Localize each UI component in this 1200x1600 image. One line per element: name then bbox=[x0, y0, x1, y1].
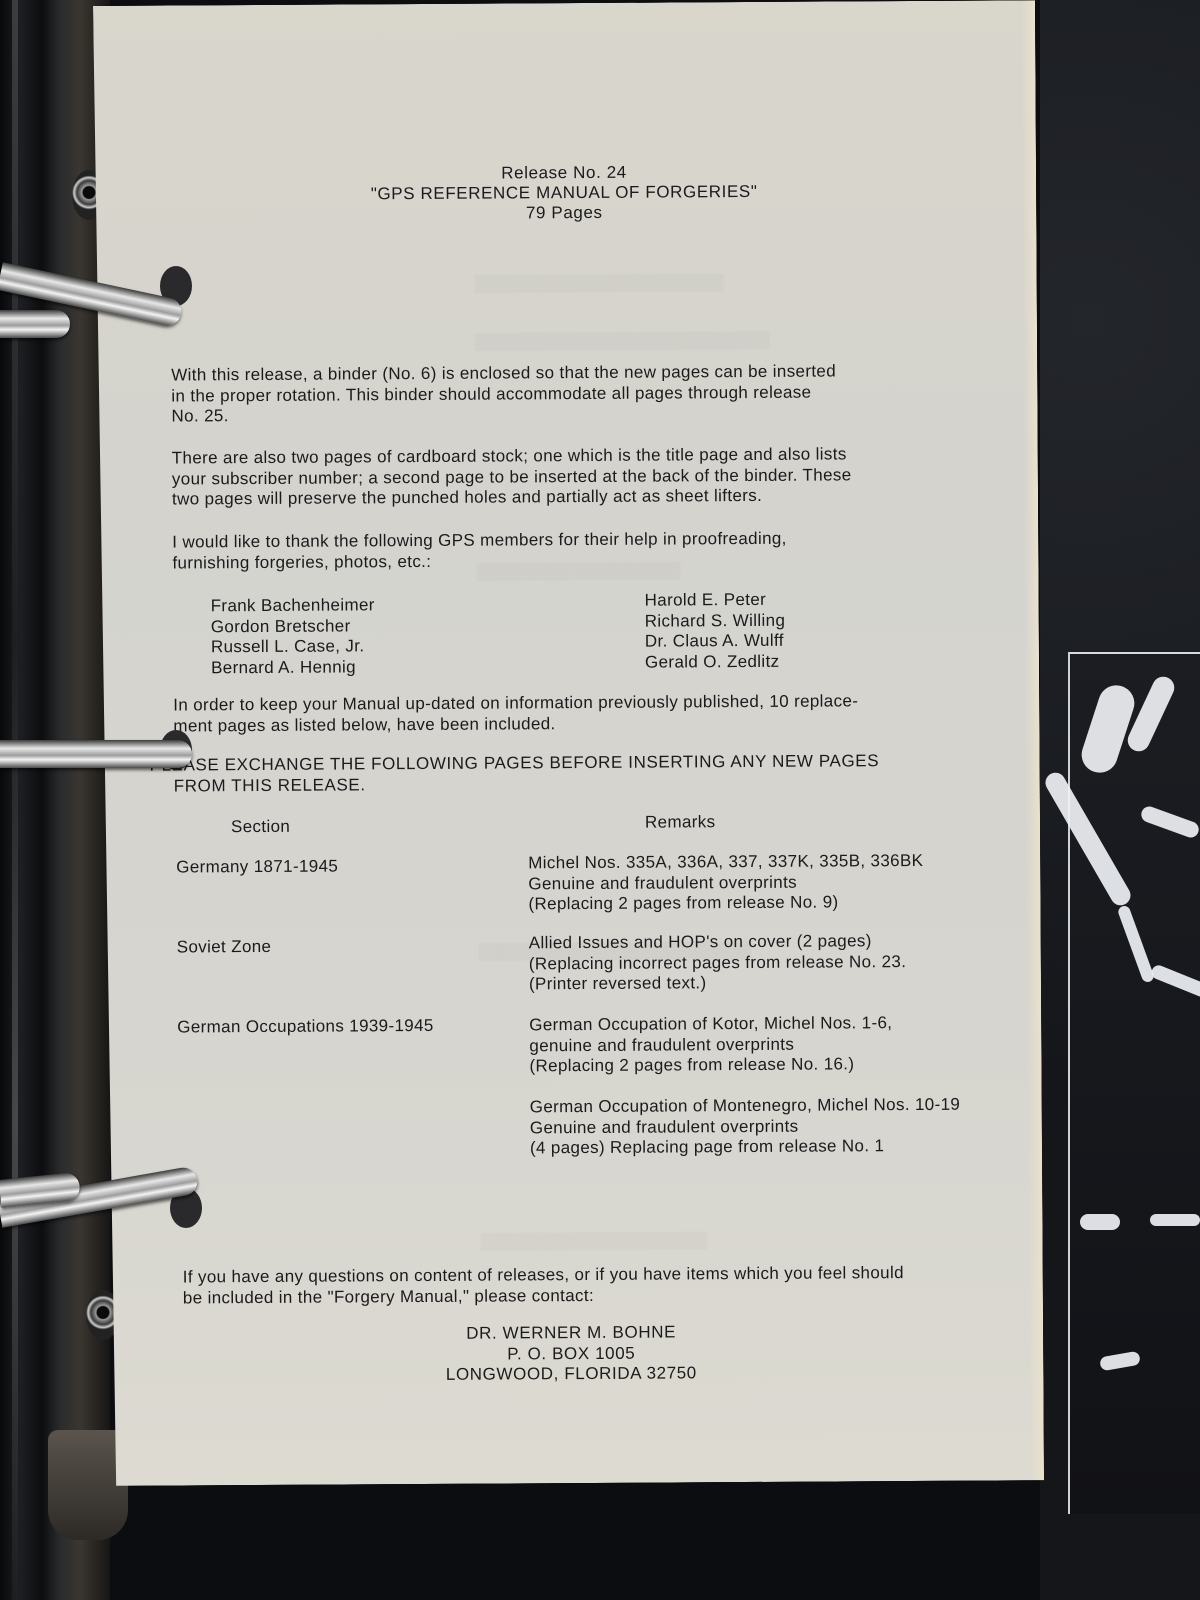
contact-name: DR. WERNER M. BOHNE bbox=[341, 1322, 801, 1345]
sleeve-glare bbox=[1150, 963, 1200, 998]
members-list-left: Frank Bachenheimer Gordon Bretscher Russ… bbox=[211, 595, 376, 678]
member-name: Richard S. Willing bbox=[645, 610, 786, 631]
notice-line: FROM THIS RELEASE. bbox=[150, 772, 880, 797]
paragraph-line: ment pages as listed below, have been in… bbox=[173, 712, 858, 737]
member-name: Gerald O. Zedlitz bbox=[645, 651, 786, 672]
remark-line: German Occupation of Kotor, Michel Nos. … bbox=[529, 1013, 892, 1036]
member-name: Frank Bachenheimer bbox=[211, 595, 375, 617]
paragraph-line: In order to keep your Manual up-dated on… bbox=[173, 691, 858, 716]
sleeve-glare bbox=[1117, 904, 1156, 983]
remark-line: Genuine and fraudulent overprints bbox=[530, 1115, 961, 1138]
table-row-remarks: Allied Issues and HOP's on cover (2 page… bbox=[529, 931, 907, 995]
sleeve-glare bbox=[1139, 804, 1200, 840]
replacement-paragraph: In order to keep your Manual up-dated on… bbox=[173, 691, 858, 736]
member-name: Bernard A. Hennig bbox=[211, 657, 375, 679]
contact-address: DR. WERNER M. BOHNE P. O. BOX 1005 LONGW… bbox=[341, 1322, 801, 1386]
remark-line: Michel Nos. 335A, 336A, 337, 337K, 335B,… bbox=[528, 851, 923, 874]
remark-line: (Printer reversed text.) bbox=[529, 972, 907, 995]
sleeve-glare bbox=[1080, 1214, 1120, 1230]
members-list-right: Harold E. Peter Richard S. Willing Dr. C… bbox=[645, 590, 786, 673]
spine-shine bbox=[12, 0, 18, 1600]
member-name: Russell L. Case, Jr. bbox=[211, 636, 375, 658]
remark-line: Allied Issues and HOP's on cover (2 page… bbox=[529, 931, 907, 954]
manual-title: "GPS REFERENCE MANUAL OF FORGERIES" bbox=[334, 182, 794, 205]
paragraph-line: furnishing forgeries, photos, etc.: bbox=[172, 549, 787, 573]
page-count: 79 Pages bbox=[334, 202, 794, 225]
contact-po-box: P. O. BOX 1005 bbox=[341, 1342, 801, 1365]
paragraph-line: I would like to thank the following GPS … bbox=[172, 529, 787, 553]
column-header-section: Section bbox=[231, 817, 290, 838]
remark-line: genuine and fraudulent overprints bbox=[529, 1034, 892, 1057]
contact-city: LONGWOOD, FLORIDA 32750 bbox=[341, 1363, 801, 1386]
table-row-section: Germany 1871-1945 bbox=[176, 857, 338, 878]
document-page: ▒▒▒▒▒▒▒▒▒▒▒▒▒▒▒▒▒▒▒▒▒▒ ▒▒▒▒▒▒▒▒▒▒▒▒▒▒▒▒▒… bbox=[93, 0, 1044, 1486]
member-name: Dr. Claus A. Wulff bbox=[645, 631, 786, 652]
member-name: Harold E. Peter bbox=[645, 590, 786, 611]
sleeve-glare bbox=[1124, 673, 1178, 755]
sleeve-glare bbox=[1150, 1214, 1200, 1226]
paragraph-line: in the proper rotation. This binder shou… bbox=[171, 382, 836, 407]
plastic-sleeve bbox=[1068, 652, 1200, 1514]
paragraph-line: two pages will preserve the punched hole… bbox=[172, 485, 852, 510]
binder-ring bbox=[0, 310, 70, 338]
thanks-paragraph: I would like to thank the following GPS … bbox=[172, 529, 787, 574]
member-name: Gordon Bretscher bbox=[211, 616, 375, 638]
table-row-remarks: German Occupation of Montenegro, Michel … bbox=[530, 1095, 961, 1159]
release-number: Release No. 24 bbox=[334, 162, 794, 185]
cardboard-paragraph: There are also two pages of cardboard st… bbox=[172, 444, 852, 510]
paragraph-line: be included in the "Forgery Manual," ple… bbox=[183, 1284, 904, 1309]
binder-spine bbox=[0, 0, 110, 1600]
table-row-section: German Occupations 1939-1945 bbox=[177, 1016, 434, 1038]
column-header-remarks: Remarks bbox=[645, 812, 716, 833]
show-through-text: ▒▒▒▒▒▒▒▒▒▒▒▒▒▒▒▒▒▒▒▒▒▒ bbox=[475, 274, 724, 294]
remark-line: (Replacing 2 pages from release No. 9) bbox=[528, 892, 923, 915]
sleeve-glare bbox=[1099, 1351, 1141, 1372]
remark-line: (Replacing 2 pages from release No. 16.) bbox=[529, 1054, 892, 1077]
remark-line: (Replacing incorrect pages from release … bbox=[529, 952, 907, 975]
show-through-text: ▒▒▒▒▒▒▒▒▒▒▒▒▒▒▒▒▒▒▒▒▒▒▒▒▒▒ bbox=[475, 332, 770, 352]
remark-line: Genuine and fraudulent overprints bbox=[528, 871, 923, 894]
show-through-text: ▒▒▒▒▒▒▒▒▒▒▒▒▒▒▒▒▒▒▒▒ bbox=[481, 1232, 708, 1251]
questions-paragraph: If you have any questions on content of … bbox=[183, 1263, 904, 1308]
table-row-remarks: Michel Nos. 335A, 336A, 337, 337K, 335B,… bbox=[528, 851, 923, 915]
table-row-remarks: German Occupation of Kotor, Michel Nos. … bbox=[529, 1013, 892, 1077]
table-row-section: Soviet Zone bbox=[177, 937, 272, 958]
release-header: Release No. 24 "GPS REFERENCE MANUAL OF … bbox=[334, 162, 794, 225]
binder-paragraph: With this release, a binder (No. 6) is e… bbox=[171, 361, 836, 427]
exchange-notice: PLEASE EXCHANGE THE FOLLOWING PAGES BEFO… bbox=[150, 751, 880, 796]
sleeve-glare bbox=[1077, 681, 1139, 778]
binder-ring bbox=[0, 740, 192, 768]
paragraph-line: No. 25. bbox=[171, 402, 836, 427]
remark-line: (4 pages) Replacing page from release No… bbox=[530, 1136, 961, 1159]
remark-line: German Occupation of Montenegro, Michel … bbox=[530, 1095, 961, 1118]
